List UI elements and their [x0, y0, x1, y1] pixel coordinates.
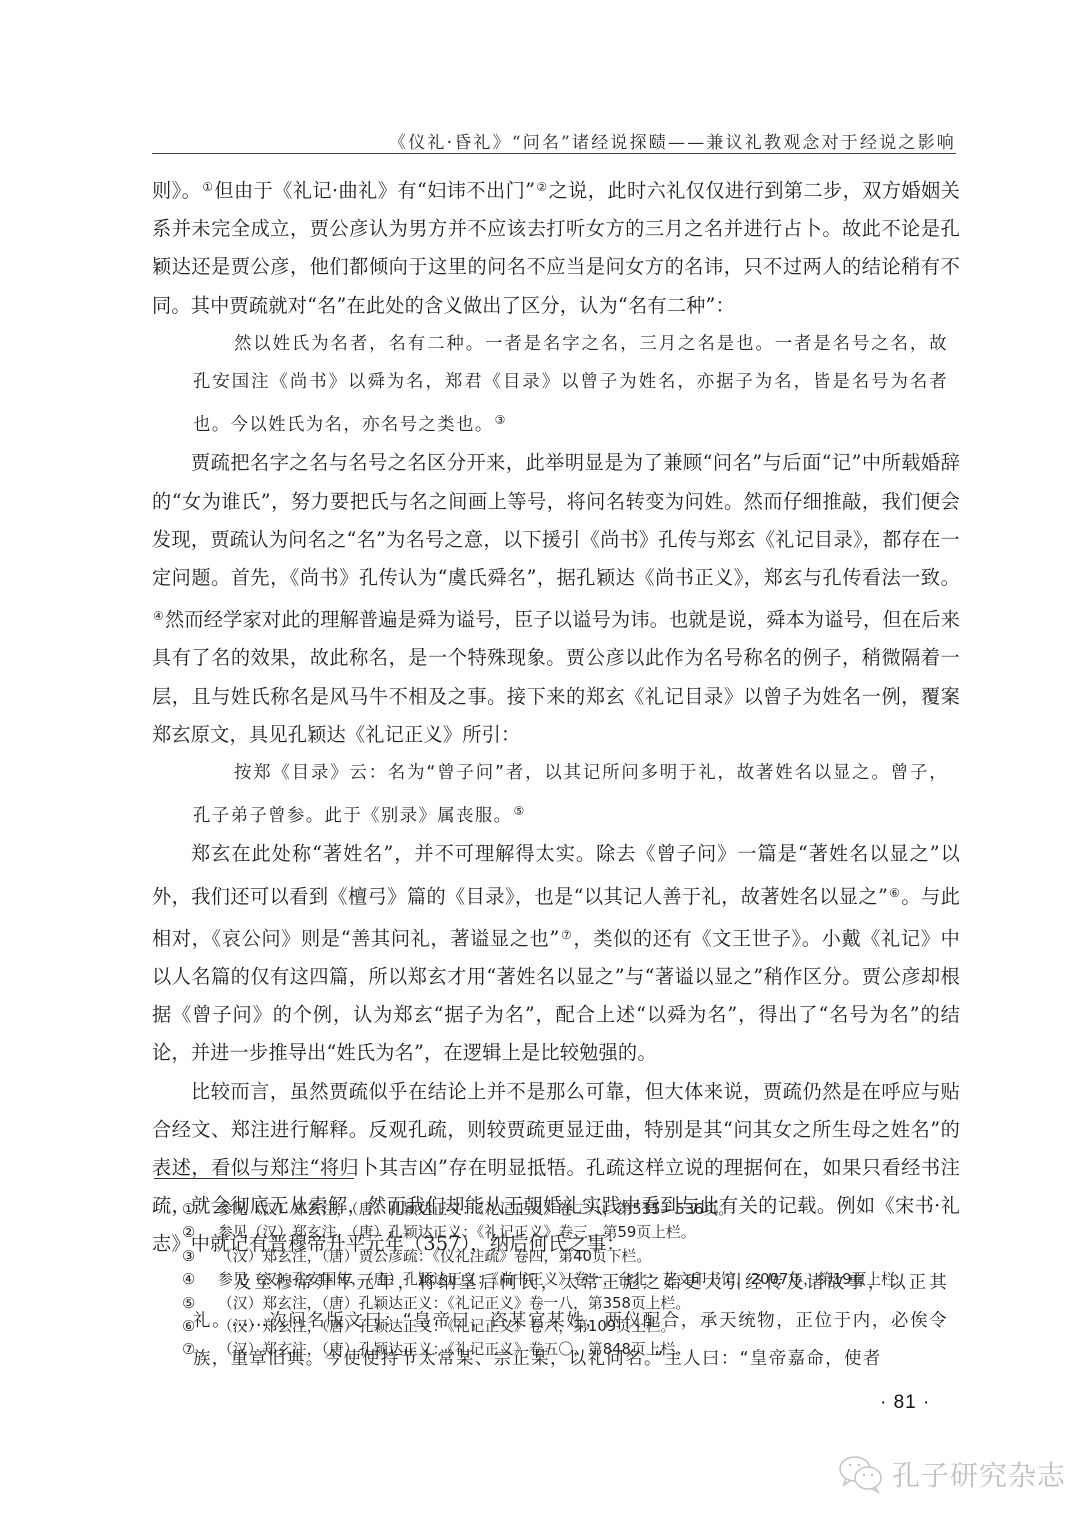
- footnote-ref[interactable]: ③: [495, 413, 507, 427]
- footnotes: ①参见（汉）郑玄注，（唐）孔颖达正义：《礼记正义》卷二八，第535—536页。②…: [182, 1198, 962, 1362]
- footnote: ⑥（汉）郑玄注，（唐）孔颖达正义：《礼记正义》卷六，第109页上栏。: [182, 1315, 962, 1338]
- page-number: · 81 ·: [880, 1392, 930, 1414]
- text-run: 郑玄在此处称“著姓名”，并不可理解得太实。除去《曾子问》一篇是“著姓名以显之”以…: [152, 842, 960, 907]
- text-run: 然以姓氏为名者，名有二种。一者是名字之名，三月之名是也。一者是名号之名，故孔安国…: [193, 334, 948, 435]
- footnote-mark: ⑥: [182, 1315, 218, 1338]
- footnote-ref[interactable]: ⑤: [513, 804, 525, 818]
- running-title: 《仪礼·昏礼》“问名”诸经说探赜——兼议礼教观念对于经说之影响: [152, 128, 956, 153]
- footnote: ①参见（汉）郑玄注，（唐）孔颖达正义：《礼记正义》卷二八，第535—536页。: [182, 1198, 962, 1221]
- body-text: 则》。①但由于《礼记·曲礼》有“妇讳不出门”②之说，此时六礼仅仅进行到第二步，双…: [152, 168, 960, 1378]
- footnote-mark: ④: [182, 1268, 218, 1291]
- footnote-text: 参见（汉）孔安国传，（唐）孔颖达正义：《尚书正义》卷一，台北：艺文印书馆，200…: [218, 1268, 911, 1291]
- footnote-ref[interactable]: ⑥: [889, 886, 900, 900]
- text-run: 按郑《目录》云：名为“曾子问”者，以其记所问多明于礼，故著姓名以显之。曾子，孔子…: [193, 763, 948, 826]
- footnote-mark: ⑤: [182, 1292, 218, 1315]
- footnote-ref[interactable]: ②: [536, 180, 547, 194]
- text-run: 则》。: [152, 179, 201, 202]
- footnote-ref[interactable]: ⑦: [561, 928, 573, 942]
- footnote-rule: [154, 1178, 354, 1179]
- footnote-text: （汉）郑玄注，（唐）贾公彦疏：《仪礼注疏》卷四，第40页下栏。: [218, 1245, 651, 1268]
- footnote: ②参见（汉）郑玄注，（唐）孔颖达正义：《礼记正义》卷三，第59页上栏。: [182, 1221, 962, 1244]
- footnote-text: （汉）郑玄注，（唐）孔颖达正义：《礼记正义》卷六，第109页上栏。: [218, 1315, 675, 1338]
- footnote-text: （汉）郑玄注，（唐）孔颖达正义：《礼记正义》卷一八，第358页上栏。: [218, 1292, 690, 1315]
- footnote-ref[interactable]: ④: [153, 609, 164, 623]
- footnote: ⑤（汉）郑玄注，（唐）孔颖达正义：《礼记正义》卷一八，第358页上栏。: [182, 1292, 962, 1315]
- watermark-text: 孔子研究杂志: [892, 1454, 1066, 1494]
- paragraph: 则》。①但由于《礼记·曲礼》有“妇讳不出门”②之说，此时六礼仅仅进行到第二步，双…: [152, 168, 960, 325]
- block-quote: 然以姓氏为名者，名有二种。一者是名字之名，三月之名是也。一者是名号之名，故孔安国…: [193, 325, 948, 445]
- footnote-ref[interactable]: ①: [202, 180, 213, 194]
- text-run: 然而经学家对此的理解普遍是舜为谥号，臣子以谥号为讳。也就是说，舜本为谥号，但在后…: [152, 608, 960, 746]
- text-run: 但由于《礼记·曲礼》有“妇讳不出门”: [214, 179, 535, 202]
- header-rule: [152, 153, 956, 154]
- footnote-text: 参见（汉）郑玄注，（唐）孔颖达正义：《礼记正义》卷三，第59页上栏。: [218, 1221, 696, 1244]
- footnote: ③（汉）郑玄注，（唐）贾公彦疏：《仪礼注疏》卷四，第40页下栏。: [182, 1245, 962, 1268]
- text-run: 贾疏把名字之名与名号之名区分开来，此举明显是为了兼顾“问名”与后面“记”中所载婚…: [152, 451, 960, 589]
- footnote: ⑦（汉）郑玄注，（唐）孔颖达正义：《礼记正义》卷五〇，第848页上栏。: [182, 1338, 962, 1361]
- footnote-mark: ②: [182, 1221, 218, 1244]
- footnote-text: 参见（汉）郑玄注，（唐）孔颖达正义：《礼记正义》卷二八，第535—536页。: [218, 1198, 733, 1221]
- paragraph: 郑玄在此处称“著姓名”，并不可理解得太实。除去《曾子问》一篇是“著姓名以显之”以…: [152, 835, 960, 1072]
- paragraph: 贾疏把名字之名与名号之名区分开来，此举明显是为了兼顾“问名”与后面“记”中所载婚…: [152, 444, 960, 754]
- block-quote: 按郑《目录》云：名为“曾子问”者，以其记所问多明于礼，故著姓名以显之。曾子，孔子…: [193, 754, 948, 835]
- footnote-mark: ③: [182, 1245, 218, 1268]
- footnote-mark: ①: [182, 1198, 218, 1221]
- watermark: 孔子研究杂志: [836, 1454, 1066, 1494]
- wechat-icon: [836, 1454, 886, 1494]
- footnote-mark: ⑦: [182, 1338, 218, 1361]
- footnote: ④参见（汉）孔安国传，（唐）孔颖达正义：《尚书正义》卷一，台北：艺文印书馆，20…: [182, 1268, 962, 1291]
- footnote-text: （汉）郑玄注，（唐）孔颖达正义：《礼记正义》卷五〇，第848页上栏。: [218, 1338, 690, 1361]
